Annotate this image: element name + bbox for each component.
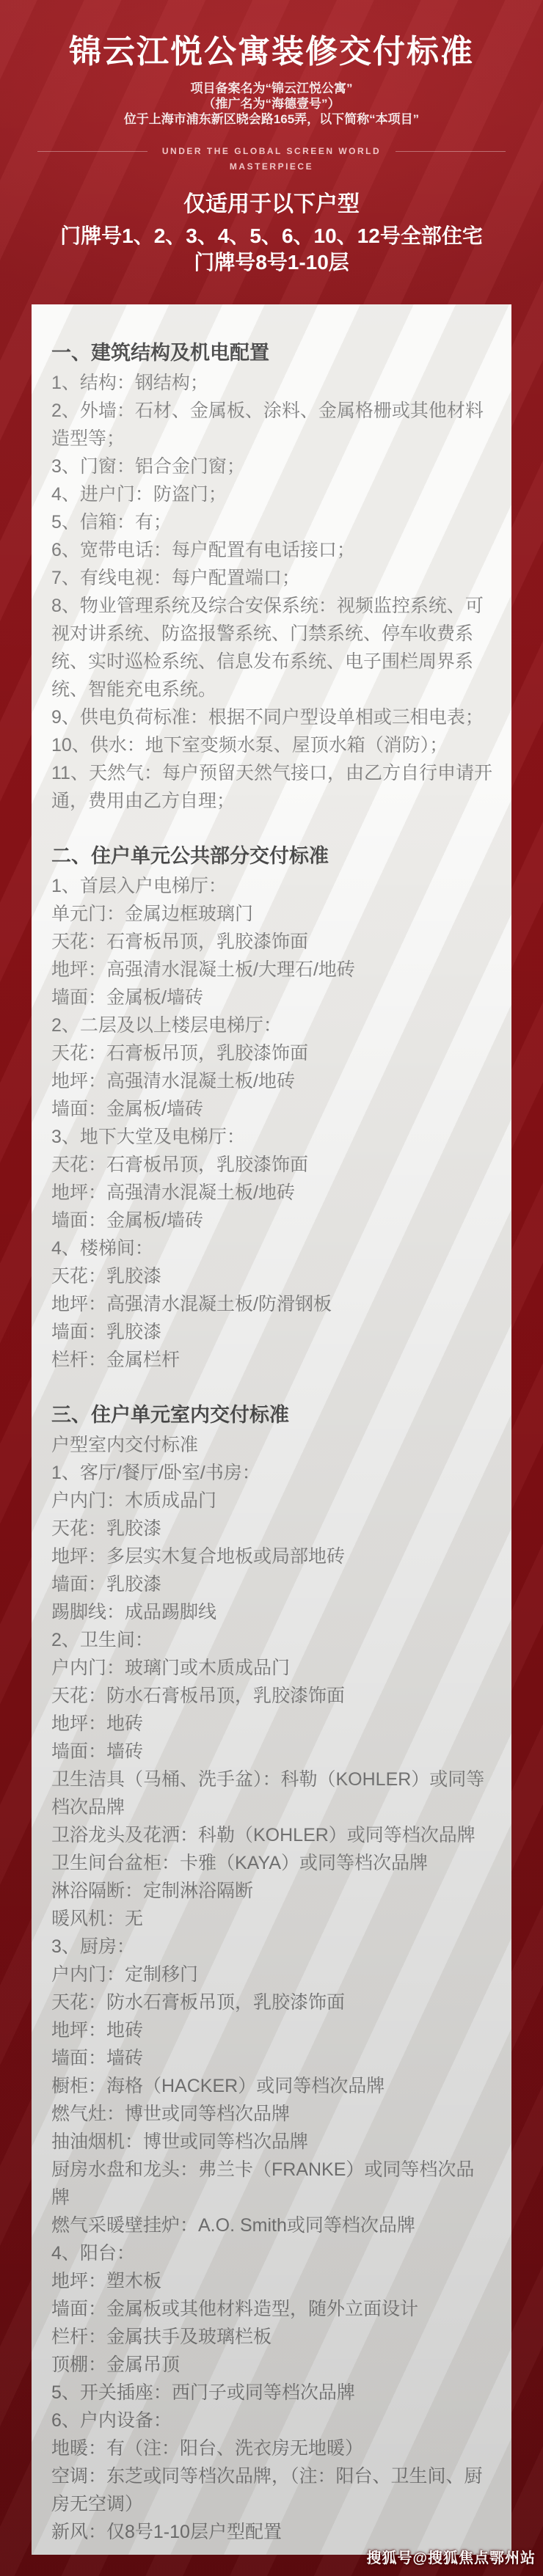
- spec-line: 4、进户门：防盗门；: [51, 480, 492, 508]
- spec-line: 空调：东芝或同等档次品牌，（注：阳台、卫生间、厨房无空调）: [51, 2462, 492, 2518]
- spec-line: 卫生间台盆柜：卡雅（KAYA）或同等档次品牌: [51, 1849, 492, 1877]
- section-items: 1、结构：钢结构； 2、外墙：石材、金属板、涂料、金属格栅或其他材料造型等； 3…: [51, 369, 492, 815]
- spec-line: 栏杆：金属扶手及玻璃栏板: [51, 2323, 492, 2351]
- standards-section: 二、住户单元公共部分交付标准 1、首层入户电梯厅： 单元门：金属边框玻璃门 天花…: [51, 841, 492, 1374]
- spec-line: 墙面：墙砖: [51, 2044, 492, 2072]
- decorative-line-right: [396, 151, 506, 152]
- spec-line: 墙面：乳胶漆: [51, 1570, 492, 1598]
- applicability-line: 门牌号8号1-10层: [0, 249, 543, 276]
- spec-line: 户内门：木质成品门: [51, 1487, 492, 1515]
- subtitle-line: （推广名为“海德壹号”）: [0, 96, 543, 111]
- spec-line: 地坪：高强清水混凝土板/地砖: [51, 1179, 492, 1207]
- applicability-heading: 仅适用于以下户型: [0, 191, 543, 219]
- section-heading: 二、住户单元公共部分交付标准: [51, 841, 492, 871]
- spec-line: 2、外墙：石材、金属板、涂料、金属格栅或其他材料造型等；: [51, 397, 492, 453]
- spec-line: 2、二层及以上楼层电梯厅：: [51, 1011, 492, 1039]
- spec-line: 户内门：玻璃门或木质成品门: [51, 1654, 492, 1682]
- watermark: 搜狐号@搜狐焦点鄂州站: [366, 2546, 536, 2567]
- spec-line: 墙面：金属板/墙砖: [51, 984, 492, 1011]
- spec-line: 抽油烟机：博世或同等档次品牌: [51, 2128, 492, 2156]
- spec-line: 户型室内交付标准: [51, 1431, 492, 1459]
- spec-line: 1、结构：钢结构；: [51, 369, 492, 397]
- spec-line: 4、阳台：: [51, 2239, 492, 2267]
- standards-document: 一、建筑结构及机电配置 1、结构：钢结构； 2、外墙：石材、金属板、涂料、金属格…: [51, 338, 492, 2546]
- motto-subtext: MASTERPIECE: [0, 161, 543, 172]
- spec-line: 5、信箱：有；: [51, 508, 492, 536]
- spec-line: 淋浴隔断：定制淋浴隔断: [51, 1877, 492, 1905]
- spec-line: 7、有线电视：每户配置端口；: [51, 564, 492, 592]
- decorative-line-left: [37, 151, 147, 152]
- spec-line: 天花：乳胶漆: [51, 1262, 492, 1290]
- spec-line: 户内门：定制移门: [51, 1961, 492, 1988]
- applicability-lines: 门牌号1、2、3、4、5、6、10、12号全部住宅 门牌号8号1-10层: [0, 223, 543, 276]
- spec-line: 地坪：地砖: [51, 2016, 492, 2044]
- spec-line: 5、开关插座：西门子或同等档次品牌: [51, 2379, 492, 2407]
- spec-line: 4、楼梯间：: [51, 1234, 492, 1262]
- spec-line: 单元门：金属边框玻璃门: [51, 900, 492, 928]
- spec-line: 1、首层入户电梯厅：: [51, 872, 492, 900]
- motto-text: UNDER THE GLOBAL SCREEN WORLD: [162, 146, 381, 156]
- spec-line: 天花：乳胶漆: [51, 1515, 492, 1543]
- spec-line: 1、客厅/餐厅/卧室/书房：: [51, 1459, 492, 1487]
- spec-line: 9、供电负荷标准：根据不同户型设单相或三相电表；: [51, 703, 492, 731]
- hero-header: 锦云江悦公寓装修交付标准 项目备案名为“锦云江悦公寓” （推广名为“海德壹号”）…: [0, 0, 543, 276]
- page-title: 锦云江悦公寓装修交付标准: [15, 34, 528, 70]
- spec-line: 墙面：墙砖: [51, 1738, 492, 1765]
- subtitle-line: 位于上海市浦东新区晓会路165弄，以下简称“本项目”: [0, 111, 543, 127]
- spec-line: 暖风机：无: [51, 1905, 492, 1933]
- section-heading: 三、住户单元室内交付标准: [51, 1400, 492, 1430]
- spec-line: 墙面：金属板/墙砖: [51, 1207, 492, 1234]
- spec-line: 地坪：高强清水混凝土板/大理石/地砖: [51, 956, 492, 984]
- spec-line: 墙面：金属板或其他材料造型，随外立面设计: [51, 2295, 492, 2323]
- subtitle-line: 项目备案名为“锦云江悦公寓”: [0, 81, 543, 96]
- motto-row: UNDER THE GLOBAL SCREEN WORLD: [0, 146, 543, 156]
- spec-line: 墙面：金属板/墙砖: [51, 1095, 492, 1123]
- applicability-line: 门牌号1、2、3、4、5、6、10、12号全部住宅: [0, 223, 543, 249]
- spec-line: 天花：石膏板吊顶，乳胶漆饰面: [51, 1039, 492, 1067]
- spec-line: 6、户内设备：: [51, 2407, 492, 2434]
- section-heading: 一、建筑结构及机电配置: [51, 338, 492, 367]
- section-items: 户型室内交付标准 1、客厅/餐厅/卧室/书房： 户内门：木质成品门 天花：乳胶漆…: [51, 1431, 492, 2546]
- spec-line: 3、门窗：铝合金门窗；: [51, 453, 492, 480]
- spec-line: 栏杆：金属栏杆: [51, 1346, 492, 1374]
- spec-line: 卫生洁具（马桶、洗手盆）：科勒（KOHLER）或同等档次品牌: [51, 1765, 492, 1821]
- spec-line: 踢脚线：成品踢脚线: [51, 1598, 492, 1626]
- spec-line: 地坪：多层实木复合地板或局部地砖: [51, 1543, 492, 1570]
- spec-line: 卫浴龙头及花洒：科勒（KOHLER）或同等档次品牌: [51, 1821, 492, 1849]
- standards-section: 三、住户单元室内交付标准 户型室内交付标准 1、客厅/餐厅/卧室/书房： 户内门…: [51, 1400, 492, 2546]
- spec-line: 2、卫生间：: [51, 1626, 492, 1654]
- spec-line: 地坪：高强清水混凝土板/防滑钢板: [51, 1290, 492, 1318]
- spec-line: 天花：防水石膏板吊顶，乳胶漆饰面: [51, 1682, 492, 1710]
- spec-line: 地坪：高强清水混凝土板/地砖: [51, 1067, 492, 1095]
- spec-line: 3、厨房：: [51, 1933, 492, 1961]
- spec-line: 11、天然气：每户预留天然气接口，由乙方自行申请开通，费用由乙方自理；: [51, 759, 492, 815]
- applicability-block: 仅适用于以下户型 门牌号1、2、3、4、5、6、10、12号全部住宅 门牌号8号…: [0, 191, 543, 276]
- standards-panel: 一、建筑结构及机电配置 1、结构：钢结构； 2、外墙：石材、金属板、涂料、金属格…: [32, 304, 511, 2555]
- spec-line: 橱柜：海格（HACKER）或同等档次品牌: [51, 2072, 492, 2100]
- spec-line: 地暖：有（注：阳台、洗衣房无地暖）: [51, 2434, 492, 2462]
- spec-line: 墙面：乳胶漆: [51, 1318, 492, 1346]
- spec-line: 厨房水盘和龙头：弗兰卡（FRANKE）或同等档次品牌: [51, 2156, 492, 2211]
- spec-line: 天花：防水石膏板吊顶，乳胶漆饰面: [51, 1988, 492, 2016]
- spec-line: 燃气灶：博世或同等档次品牌: [51, 2100, 492, 2128]
- spec-line: 地坪：塑木板: [51, 2267, 492, 2295]
- standards-section: 一、建筑结构及机电配置 1、结构：钢结构； 2、外墙：石材、金属板、涂料、金属格…: [51, 338, 492, 815]
- spec-line: 3、地下大堂及电梯厅：: [51, 1123, 492, 1151]
- spec-line: 顶棚：金属吊顶: [51, 2351, 492, 2379]
- section-items: 1、首层入户电梯厅： 单元门：金属边框玻璃门 天花：石膏板吊顶，乳胶漆饰面 地坪…: [51, 872, 492, 1374]
- spec-line: 新风：仅8号1-10层户型配置: [51, 2518, 492, 2546]
- spec-line: 8、物业管理系统及综合安保系统：视频监控系统、可视对讲系统、防盗报警系统、门禁系…: [51, 592, 492, 703]
- spec-line: 地坪：地砖: [51, 1710, 492, 1738]
- project-subtitle: 项目备案名为“锦云江悦公寓” （推广名为“海德壹号”） 位于上海市浦东新区晓会路…: [0, 81, 543, 127]
- spec-line: 10、供水：地下室变频水泵、屋顶水箱（消防）；: [51, 731, 492, 759]
- spec-line: 6、宽带电话：每户配置有电话接口；: [51, 536, 492, 564]
- spec-line: 天花：石膏板吊顶，乳胶漆饰面: [51, 1151, 492, 1179]
- spec-line: 天花：石膏板吊顶，乳胶漆饰面: [51, 928, 492, 956]
- spec-line: 燃气采暖壁挂炉：A.O. Smith或同等档次品牌: [51, 2211, 492, 2239]
